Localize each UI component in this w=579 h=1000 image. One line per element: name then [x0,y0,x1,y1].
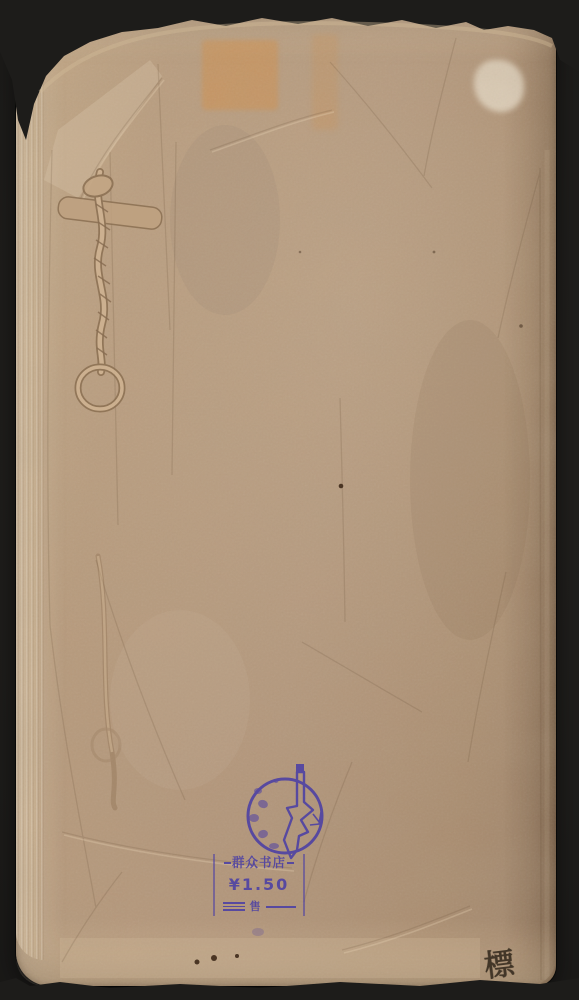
handwritten-character: 標 [473,933,525,990]
price-stamp-price-row: ¥1.50 [215,877,303,893]
seal-char: 售 [250,901,261,912]
stamp-triple-lines [223,902,245,911]
bookstore-price-stamp: 群众书店 ¥1.50 售 [213,854,305,916]
photo-backdrop: 群众书店 ¥1.50 售 標 [0,0,579,1000]
price-stamp-store-row: 群众书店 [215,857,303,870]
price-value: ¥1.50 [229,877,290,893]
store-name: 群众书店 [232,857,286,870]
paper-texture-overlay [0,0,579,1000]
stamp-dash-left [224,862,231,864]
price-stamp-seal-row: 售 [215,901,303,912]
stamp-long-dash [266,906,296,908]
stamp-dash-right [287,862,294,864]
